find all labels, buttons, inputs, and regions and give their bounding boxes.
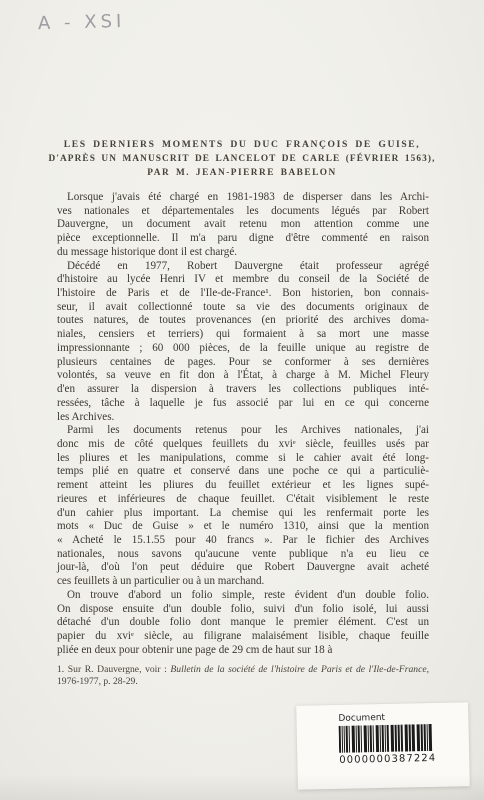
barcode-sticker-content: Document 0000000387224 [338,712,451,766]
text-line: impressionnante ; 60 000 pièces, de la f… [57,342,429,356]
text-line: « Acheté le 15.1.55 pour 40 francs ». Pa… [57,534,429,548]
text-line: d'en assurer la dispersion à travers les… [57,383,429,397]
text-line: d'histoire au lycée Henri IV et membre d… [57,273,429,287]
article-body: Lorsque j'avais été chargé en 1981-1983 … [57,191,429,657]
text-line: ves nationales et départementales les do… [57,205,429,219]
barcode-label: Document [338,712,450,724]
text-line: rieures et inférieures de chaque feuille… [57,493,429,507]
text-line: temps plié en quatre et conservé dans un… [57,465,429,479]
text-line: plusieurs centaines de pages. Pour se co… [57,356,429,370]
text-line: On dispose ensuite d'un double folio, su… [57,603,429,617]
text-line: d'un cahier plus important. La chemise q… [57,507,429,521]
paragraph-4: On trouve d'abord un folio simple, reste… [57,589,429,658]
text-line: volontés, sa veuve en fit don à l'État, … [57,369,429,383]
text-line: rement atteint les pliures du feuillet e… [57,479,429,493]
text-line: donc mis de côté quelques feuillets du x… [57,438,429,452]
text-line: jour-là, d'où l'on peut déduire que Robe… [57,561,429,575]
title-line-3: PAR M. JEAN-PIERRE BABELON [26,168,458,178]
paragraph-2: Décédé en 1977, Robert Dauvergne était p… [57,260,429,425]
title-line-1: LES DERNIERS MOMENTS DU DUC FRANÇOIS DE … [26,139,458,150]
handwritten-annotation: A - XSI [38,11,126,34]
text-line: pièce exceptionnelle. Il m'a paru digne … [57,232,429,246]
text-line: les pliures et les manipulations, comme … [57,452,429,466]
text-line: seur, il avait collectionné toute sa vie… [57,301,429,315]
text-line: les Archives. [57,411,429,425]
title-line-2: D'APRÈS UN MANUSCRIT DE LANCELOT DE CARL… [26,154,458,164]
barcode-number: 0000000387224 [339,753,451,766]
text-line: papier du xviᵉ siècle, au filigrane mala… [57,630,429,644]
text-line: On trouve d'abord un folio simple, reste… [57,589,429,603]
paragraph-3: Parmi les documents retenus pour les Arc… [57,424,429,589]
text-line: ces feuillets à un particulier ou à un m… [57,575,429,589]
article-title: LES DERNIERS MOMENTS DU DUC FRANÇOIS DE … [26,139,458,178]
text-line: niales, censiers et terriers) qui formai… [57,328,429,342]
scanned-page: A - XSI LES DERNIERS MOMENTS DU DUC FRAN… [0,0,484,800]
text-line: Décédé en 1977, Robert Dauvergne était p… [57,260,429,274]
paragraph-1: Lorsque j'avais été chargé en 1981-1983 … [57,191,429,260]
text-line: mots « Duc de Guise » et le numéro 1310,… [57,520,429,534]
text-line: Dauvergne, un document avait retenu mon … [57,218,429,232]
text-line: nationales, nous savons qu'aucune vente … [57,548,429,562]
text-line: Lorsque j'avais été chargé en 1981-1983 … [57,191,429,205]
text-line: du message historique dont il est chargé… [57,246,429,260]
text-line: pliée en deux pour obtenir une page de 2… [57,644,429,658]
text-line: détaché d'un double folio dont manque le… [57,616,429,630]
text-line: l'histoire de Paris et de l'Ile-de-Franc… [57,287,429,301]
barcode-image [339,724,450,753]
footnote-text-roman: 1. Sur R. Dauvergne, voir : [57,664,170,675]
text-line: Parmi les documents retenus pour les Arc… [57,424,429,438]
footnote-text-italic: Bulletin de la société de l'histoire de … [170,664,426,675]
barcode-sticker: Document 0000000387224 [296,702,470,790]
text-line: toutes natures, de toutes provenances (e… [57,314,429,328]
text-line: ressées, tâche à laquelle je fus associé… [57,397,429,411]
footnote: 1. Sur R. Dauvergne, voir : Bulletin de … [57,664,429,688]
